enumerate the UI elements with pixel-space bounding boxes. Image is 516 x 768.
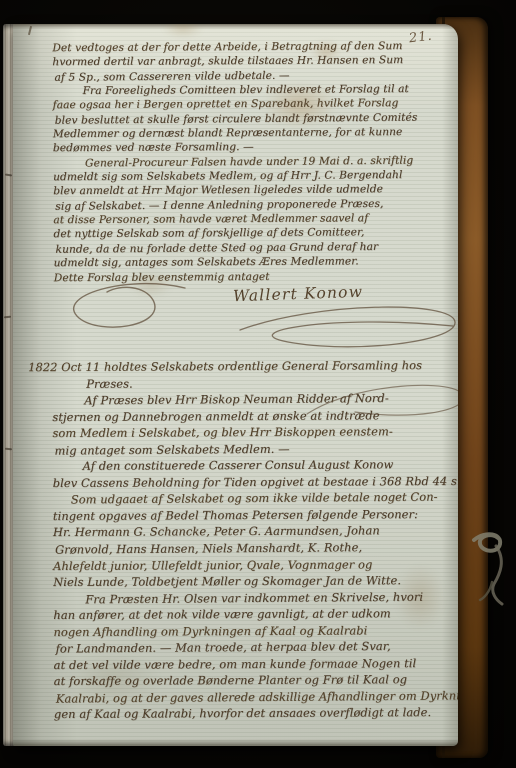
manuscript-line: mig antaget som Selskabets Medlem. — <box>54 439 456 459</box>
manuscript-line: tingent opgaves af Bedel Thomas Petersen… <box>53 506 455 525</box>
paper-stain <box>163 24 203 38</box>
manuscript-line: han anfører, at det nok vilde være gavnl… <box>53 605 455 624</box>
minutes-entry-1822-oct-11: 1822 Oct 11 holdtes Selskabets ordentlig… <box>52 357 456 723</box>
manuscript-line: Grønvold, Hans Hansen, Niels Manshardt, … <box>55 538 457 558</box>
ink-mark <box>28 26 32 35</box>
ink-mark <box>5 448 12 451</box>
ink-mark <box>5 174 12 177</box>
photo-backdrop: 21. Det vedtoges at der for dette Arbeid… <box>0 0 516 768</box>
manuscript-page: 21. Det vedtoges at der for dette Arbeid… <box>13 24 458 746</box>
manuscript-line: 1822 Oct 11 holdtes Selskabets ordentlig… <box>28 357 454 376</box>
manuscript-line: Af Præses blev Hrr Biskop Neuman Ridder … <box>54 390 456 410</box>
manuscript-line: stjernen og Dannebrogen anmeldt at ønske… <box>52 407 454 426</box>
manuscript-line: Fra Præsten Hr. Olsen var indkommet en S… <box>55 588 457 608</box>
bookmark-cord <box>466 526 516 614</box>
manuscript-line: Ahlefeldt junior, Ullefeldt junior, Qval… <box>53 556 455 575</box>
manuscript-line: at det vel vilde være bedre, om man kund… <box>54 655 456 674</box>
ink-mark <box>4 316 11 319</box>
signature: Wallert Konow <box>233 283 364 306</box>
manuscript-line: Dette Forslag blev eenstemmig antaget <box>54 268 456 285</box>
manuscript-line: gen af Kaal og Kaalrabi, hvorfor det ans… <box>54 704 456 723</box>
manuscript-line: Af den constituerede Casserer Consul Aug… <box>53 456 455 475</box>
manuscript-line: af 5 Sp., som Cassereren vilde udbetale.… <box>54 67 456 85</box>
minutes-entry-previous: Det vedtoges at der for dette Arbeide, i… <box>52 39 455 285</box>
manuscript-line: Kaalrabi, og at der gaves allerede adski… <box>56 687 458 707</box>
